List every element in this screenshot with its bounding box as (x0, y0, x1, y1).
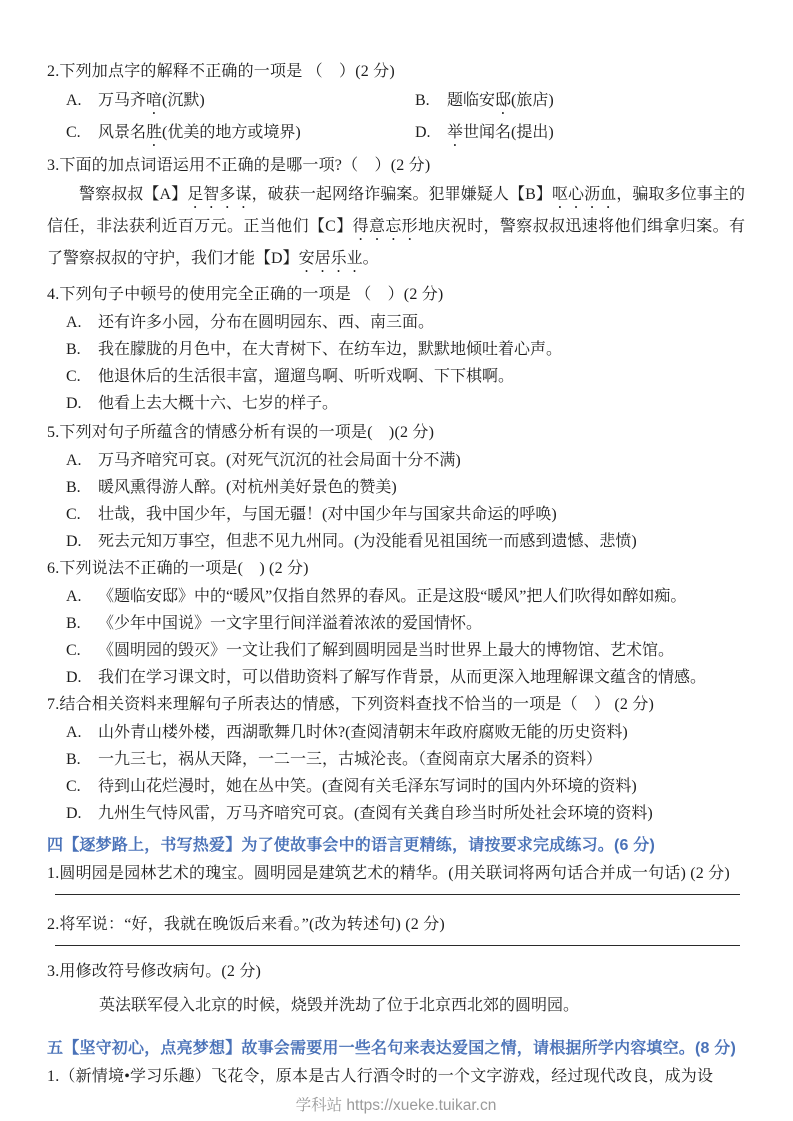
question-2: 2.下列加点字的解释不正确的一项是 （ ）(2 分) A.万马齐喑(沉默) B.… (47, 58, 745, 150)
option-label: A. (66, 447, 86, 474)
question-7-option-a: A.山外青山楼外楼，西湖歌舞几时休?(查阅清朝末年政府腐败无能的历史资料) (47, 719, 745, 746)
option-label: A. (66, 309, 86, 336)
option-label: B. (66, 746, 86, 773)
option-text: 《题临安邸》中的“暖风”仅指自然界的春风。正是这股“暖风”把人们吹得如醉如痴。 (98, 588, 686, 605)
section-4: 四【逐梦路上，书写热爱】为了使故事会中的语言更精练，请按要求完成练习。(6 分)… (47, 832, 745, 1020)
question-2-option-a: A.万马齐喑(沉默) (47, 86, 396, 118)
question-7-option-d: D.九州生气恃风雷，万马齐喑究可哀。(查阅有关龚自珍当时所处社会环境的资料) (47, 800, 745, 827)
option-text: 待到山花烂漫时，她在丛中笑。(查阅有关毛泽东写词时的国内外环境的资料) (98, 778, 637, 795)
text-segment: 举 (447, 124, 463, 141)
section-4-question-3-sentence: 英法联军侵入北京的时候，烧毁并洗劫了位于北京西北郊的圆明园。 (47, 992, 745, 1020)
question-5-option-b: B.暖风熏得游人醉。(对杭州美好景色的赞美) (47, 474, 745, 501)
option-text: 死去元知万事空，但悲不见九州同。(为没能看见祖国统一而感到遗憾、悲愤) (98, 533, 637, 550)
section-5-header: 五【坚守初心，点亮梦想】故事会需要用一些名句来表达爱国之情，请根据所学内容填空。… (47, 1035, 745, 1063)
question-5-option-d: D.死去元知万事空，但悲不见九州同。(为没能看见祖国统一而感到遗憾、悲愤) (47, 528, 745, 555)
section-4-header: 四【逐梦路上，书写热爱】为了使故事会中的语言更精练，请按要求完成练习。(6 分) (47, 832, 745, 860)
question-6: 6.下列说法不正确的一项是( ) (2 分) A.《题临安邸》中的“暖风”仅指自… (47, 555, 745, 691)
option-text: 他看上去大概十六、七岁的样子。 (98, 395, 338, 412)
question-6-option-b: B.《少年中国说》一文字里行间洋溢着浓浓的爱国情怀。 (47, 610, 745, 637)
site-footer: 学科站 https://xueke.tuikar.cn (47, 1092, 745, 1120)
option-text: 举世闻名(提出) (447, 124, 554, 141)
question-4-option-c: C.他退休后的生活很丰富，遛遛鸟啊、听听戏啊、下下棋啊。 (47, 363, 745, 390)
question-6-title: 6.下列说法不正确的一项是( ) (2 分) (47, 555, 745, 583)
option-label: B. (66, 610, 86, 637)
text-segment: 邸 (495, 92, 511, 109)
text-segment: 世闻名(提出) (463, 124, 554, 141)
option-text: 暖风熏得游人醉。(对杭州美好景色的赞美) (98, 479, 397, 496)
option-label: B. (66, 336, 86, 363)
option-label: D. (415, 118, 435, 148)
question-7-option-b: B.一九三七，祸从天降，一二一三，古城沦丧。（查阅南京大屠杀的资料） (47, 746, 745, 773)
question-4-title: 4.下列句子中顿号的使用完全正确的一项是 （ ）(2 分) (47, 281, 745, 309)
option-text: 《少年中国说》一文字里行间洋溢着浓浓的爱国情怀。 (98, 615, 482, 632)
question-6-option-d: D.我们在学习课文时，可以借助资料了解写作背景，从而更深入地理解课文蕴含的情感。 (47, 664, 745, 691)
section-4-question-2: 2.将军说：“好，我就在晚饭后来看。”(改为转述句) (2 分) (47, 911, 745, 939)
option-label: A. (66, 86, 86, 116)
text-segment: (沉默) (162, 92, 205, 109)
option-label: D. (66, 664, 86, 691)
option-text: 山外青山楼外楼，西湖歌舞几时休?(查阅清朝末年政府腐败无能的历史资料) (98, 724, 628, 741)
question-3: 3.下面的加点词语运用不正确的是哪一项?（ ）(2 分) 警察叔叔【A】足智多谋… (47, 152, 745, 276)
option-text: 一九三七，祸从天降，一二一三，古城沦丧。（查阅南京大屠杀的资料） (98, 751, 602, 768)
text-segment: 胜 (146, 124, 162, 141)
answer-blank-line-2 (55, 943, 740, 946)
question-5-title: 5.下列对句子所蕴含的情感分析有误的一项是( )(2 分) (47, 419, 745, 447)
option-label: C. (66, 637, 86, 664)
question-2-option-d: D.举世闻名(提出) (396, 118, 745, 150)
text-segment: 。 (363, 250, 379, 267)
text-segment: 警察叔叔【A】 (79, 186, 187, 203)
text-segment: 得意忘形 (353, 218, 418, 235)
option-label: C. (66, 118, 86, 148)
text-segment: 喑 (146, 92, 162, 109)
question-4-options: A.还有许多小园，分布在圆明园东、西、南三面。 B.我在朦胧的月色中，在大青树下… (47, 309, 745, 417)
question-2-title: 2.下列加点字的解释不正确的一项是 （ ）(2 分) (47, 58, 745, 86)
option-text: 壮哉，我中国少年，与国无疆！(对中国少年与国家共命运的呼唤) (98, 506, 557, 523)
option-text: 我们在学习课文时，可以借助资料了解写作背景，从而更深入地理解课文蕴含的情感。 (98, 669, 706, 686)
question-7-option-c: C.待到山花烂漫时，她在丛中笑。(查阅有关毛泽东写词时的国内外环境的资料) (47, 773, 745, 800)
section-4-question-3: 3.用修改符号修改病句。(2 分) (47, 958, 745, 986)
text-segment: (旅店) (511, 92, 554, 109)
option-label: C. (66, 501, 86, 528)
text-segment: 呕心沥血 (552, 186, 616, 203)
question-4-option-a: A.还有许多小园，分布在圆明园东、西、南三面。 (47, 309, 745, 336)
text-segment: 万马齐 (98, 92, 146, 109)
option-text: 他退休后的生活很丰富，遛遛鸟啊、听听戏啊、下下棋啊。 (98, 368, 514, 385)
option-label: A. (66, 583, 86, 610)
question-5: 5.下列对句子所蕴含的情感分析有误的一项是( )(2 分) A.万马齐喑究可哀。… (47, 419, 745, 555)
option-label: D. (66, 800, 86, 827)
option-label: B. (66, 474, 86, 501)
question-7: 7.结合相关资料来理解句子所表达的情感，下列资料查找不恰当的一项是（ ） (2 … (47, 691, 745, 827)
question-4-option-d: D.他看上去大概十六、七岁的样子。 (47, 390, 745, 417)
option-text: 风景名胜(优美的地方或境界) (98, 124, 301, 141)
text-segment: 安居乐业 (299, 250, 363, 267)
option-text: 万马齐喑究可哀。(对死气沉沉的社会局面十分不满) (98, 452, 461, 469)
option-text: 我在朦胧的月色中，在大青树下、在纺车边，默默地倾吐着心声。 (98, 341, 562, 358)
option-text: 万马齐喑(沉默) (98, 92, 205, 109)
option-label: C. (66, 773, 86, 800)
text-segment: ，破获一起网络诈骗案。犯罪嫌疑人【B】 (252, 186, 552, 203)
option-text: 九州生气恃风雷，万马齐喑究可哀。(查阅有关龚自珍当时所处社会环境的资料) (98, 805, 653, 822)
question-7-options: A.山外青山楼外楼，西湖歌舞几时休?(查阅清朝末年政府腐败无能的历史资料) B.… (47, 719, 745, 827)
question-4: 4.下列句子中顿号的使用完全正确的一项是 （ ）(2 分) A.还有许多小园，分… (47, 281, 745, 417)
question-7-title: 7.结合相关资料来理解句子所表达的情感，下列资料查找不恰当的一项是（ ） (2 … (47, 691, 745, 719)
option-label: B. (415, 86, 435, 116)
question-2-option-b: B.题临安邸(旅店) (396, 86, 745, 118)
question-5-options: A.万马齐喑究可哀。(对死气沉沉的社会局面十分不满) B.暖风熏得游人醉。(对杭… (47, 447, 745, 555)
section-5-question-1: 1.（新情境•学习乐趣）飞花令，原本是古人行酒令时的一个文字游戏，经过现代改良，… (47, 1063, 745, 1091)
question-3-passage: 警察叔叔【A】足智多谋，破获一起网络诈骗案。犯罪嫌疑人【B】呕心沥血，骗取多位事… (47, 180, 745, 276)
question-6-options: A.《题临安邸》中的“暖风”仅指自然界的春风。正是这股“暖风”把人们吹得如醉如痴… (47, 583, 745, 691)
text-segment: 风景名 (98, 124, 146, 141)
answer-blank-line-1 (55, 892, 740, 895)
question-6-option-c: C.《圆明园的毁灭》一文让我们了解到圆明园是当时世界上最大的博物馆、艺术馆。 (47, 637, 745, 664)
text-segment: 题临安 (447, 92, 495, 109)
text-segment: (优美的地方或境界) (162, 124, 301, 141)
option-text: 《圆明园的毁灭》一文让我们了解到圆明园是当时世界上最大的博物馆、艺术馆。 (98, 642, 674, 659)
option-label: D. (66, 390, 86, 417)
exam-page: 2.下列加点字的解释不正确的一项是 （ ）(2 分) A.万马齐喑(沉默) B.… (0, 0, 793, 1121)
option-label: D. (66, 528, 86, 555)
section-5: 五【坚守初心，点亮梦想】故事会需要用一些名句来表达爱国之情，请根据所学内容填空。… (47, 1035, 745, 1091)
question-5-option-a: A.万马齐喑究可哀。(对死气沉沉的社会局面十分不满) (47, 447, 745, 474)
option-label: C. (66, 363, 86, 390)
question-5-option-c: C.壮哉，我中国少年，与国无疆！(对中国少年与国家共命运的呼唤) (47, 501, 745, 528)
question-6-option-a: A.《题临安邸》中的“暖风”仅指自然界的春风。正是这股“暖风”把人们吹得如醉如痴… (47, 583, 745, 610)
option-text: 还有许多小园，分布在圆明园东、西、南三面。 (98, 314, 434, 331)
question-3-title: 3.下面的加点词语运用不正确的是哪一项?（ ）(2 分) (47, 152, 745, 180)
section-4-question-1: 1.圆明园是园林艺术的瑰宝。圆明园是建筑艺术的精华。(用关联词将两句话合并成一句… (47, 860, 745, 888)
question-4-option-b: B.我在朦胧的月色中，在大青树下、在纺车边，默默地倾吐着心声。 (47, 336, 745, 363)
question-2-options: A.万马齐喑(沉默) B.题临安邸(旅店) C.风景名胜(优美的地方或境界) D… (47, 86, 745, 150)
text-segment: 足智多谋 (187, 186, 251, 203)
option-label: A. (66, 719, 86, 746)
option-text: 题临安邸(旅店) (447, 92, 554, 109)
question-2-option-c: C.风景名胜(优美的地方或境界) (47, 118, 396, 150)
